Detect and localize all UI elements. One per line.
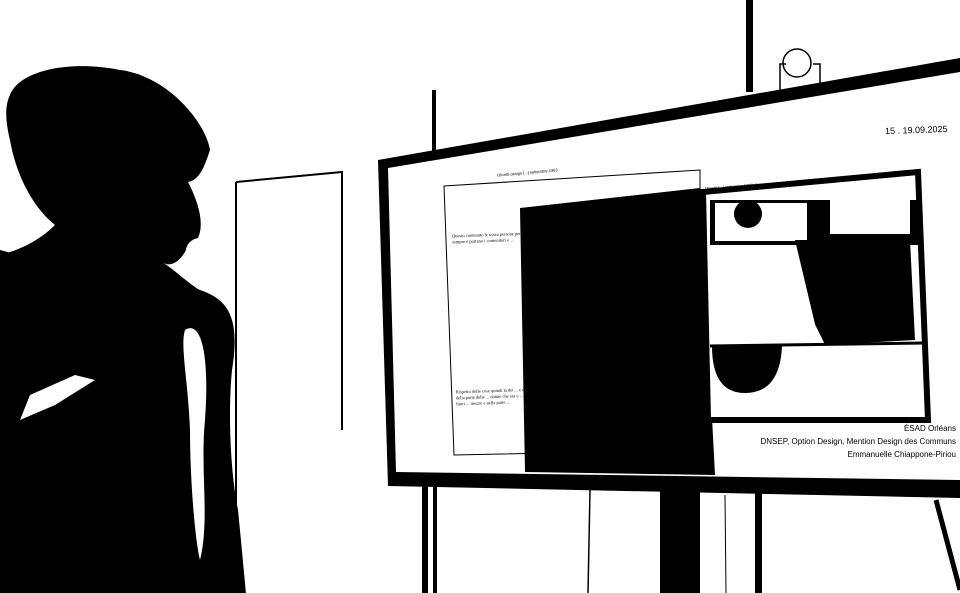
school-caption: ÉSAD Orléans <box>904 424 956 433</box>
document-paragraph-bottom: Rispetto delle cose quindi la dei ... e … <box>456 387 537 408</box>
dark-photo <box>520 188 715 475</box>
author-caption: Emmanuelle Chiappone-Piriou <box>847 450 956 459</box>
door-frame <box>236 172 342 430</box>
degree-caption: DNSEP, Option Design, Mention Design des… <box>761 437 957 446</box>
mount-pole <box>746 0 753 92</box>
stand-pole <box>660 485 700 593</box>
wall-pole <box>432 90 436 160</box>
photo-scene: 15 . 19.09.2025 ÉSAD Orléans DNSEP, Opti… <box>0 0 960 593</box>
scene-graphics <box>0 0 960 593</box>
